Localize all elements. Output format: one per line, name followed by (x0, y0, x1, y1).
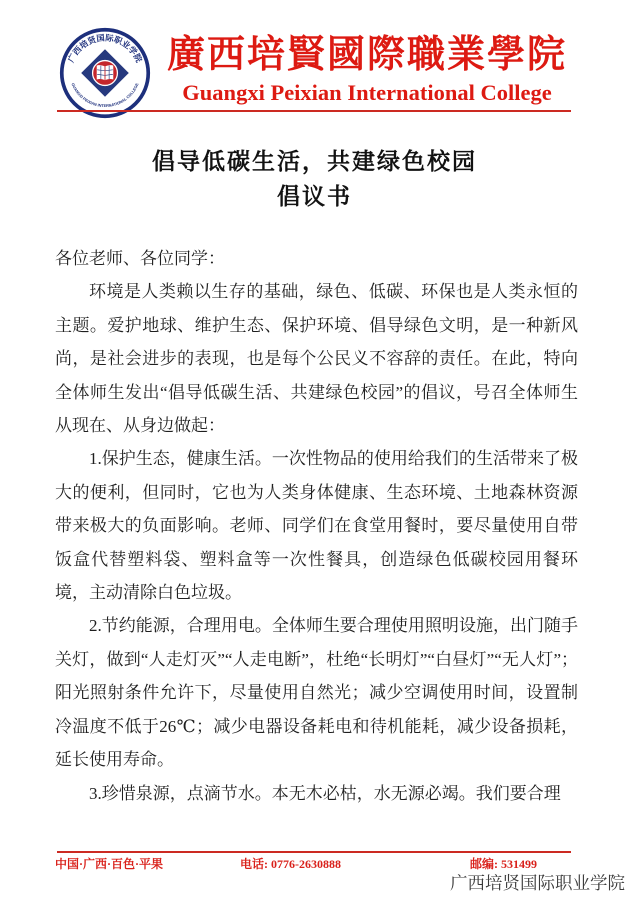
college-logo: 广西培贤国际职业学院 GUANGXI PEIXIAN INTERNATIONAL… (57, 27, 153, 119)
title-line-2: 倡议书 (0, 182, 629, 210)
body-paragraph-item2: 2.节约能源，合理用电。全体师生要合理使用照明设施，出门随手关灯，做到“人走灯灭… (55, 609, 578, 776)
body-paragraph-item1: 1.保护生态，健康生活。一次性物品的使用给我们的生活带来了极大的便利，但同时，它… (55, 442, 578, 609)
footer-postcode: 邮编: 531499 (470, 856, 537, 872)
document-page: 广西培贤国际职业学院 GUANGXI PEIXIAN INTERNATIONAL… (0, 0, 629, 899)
college-name-zh: 廣西培賢國際職業學院 (158, 30, 576, 80)
salutation: 各位老师、各位同学： (55, 242, 578, 275)
body-paragraph-intro: 环境是人类赖以生存的基础，绿色、低碳、环保也是人类永恒的主题。爱护地球、维护生态… (55, 275, 578, 442)
college-name-en: Guangxi Peixian International College (158, 80, 576, 105)
footer-college-name: 广西培贤国际职业学院 (450, 871, 625, 895)
document-title: 倡导低碳生活，共建绿色校园 倡议书 (0, 147, 629, 210)
document-body: 各位老师、各位同学： 环境是人类赖以生存的基础，绿色、低碳、环保也是人类永恒的主… (55, 242, 578, 810)
header-divider (57, 110, 571, 112)
footer-phone: 电话: 0776-2630888 (240, 856, 341, 872)
open-book-icon (97, 65, 114, 80)
body-paragraph-item3: 3.珍惜泉源，点滴节水。本无木必枯，水无源必竭。我们要合理 (55, 777, 578, 810)
footer-address: 中国·广西·百色·平果 (55, 856, 163, 872)
title-line-1: 倡导低碳生活，共建绿色校园 (0, 147, 629, 175)
college-name-block: 廣西培賢國際職業學院 Guangxi Peixian International… (158, 30, 576, 105)
footer-divider (57, 851, 571, 853)
